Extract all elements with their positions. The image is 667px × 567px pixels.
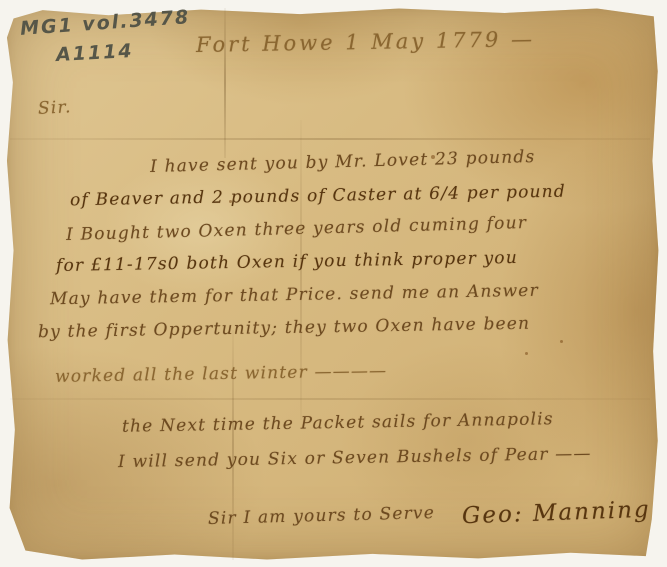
salutation: Sir. (37, 97, 72, 119)
ink-speck (560, 340, 563, 343)
letter-scan: MG1 vol.3478 A1114 Fort Howe 1 May 1779 … (0, 0, 667, 567)
archival-mark-item: A1114 (55, 40, 134, 66)
ink-speck (525, 352, 528, 355)
